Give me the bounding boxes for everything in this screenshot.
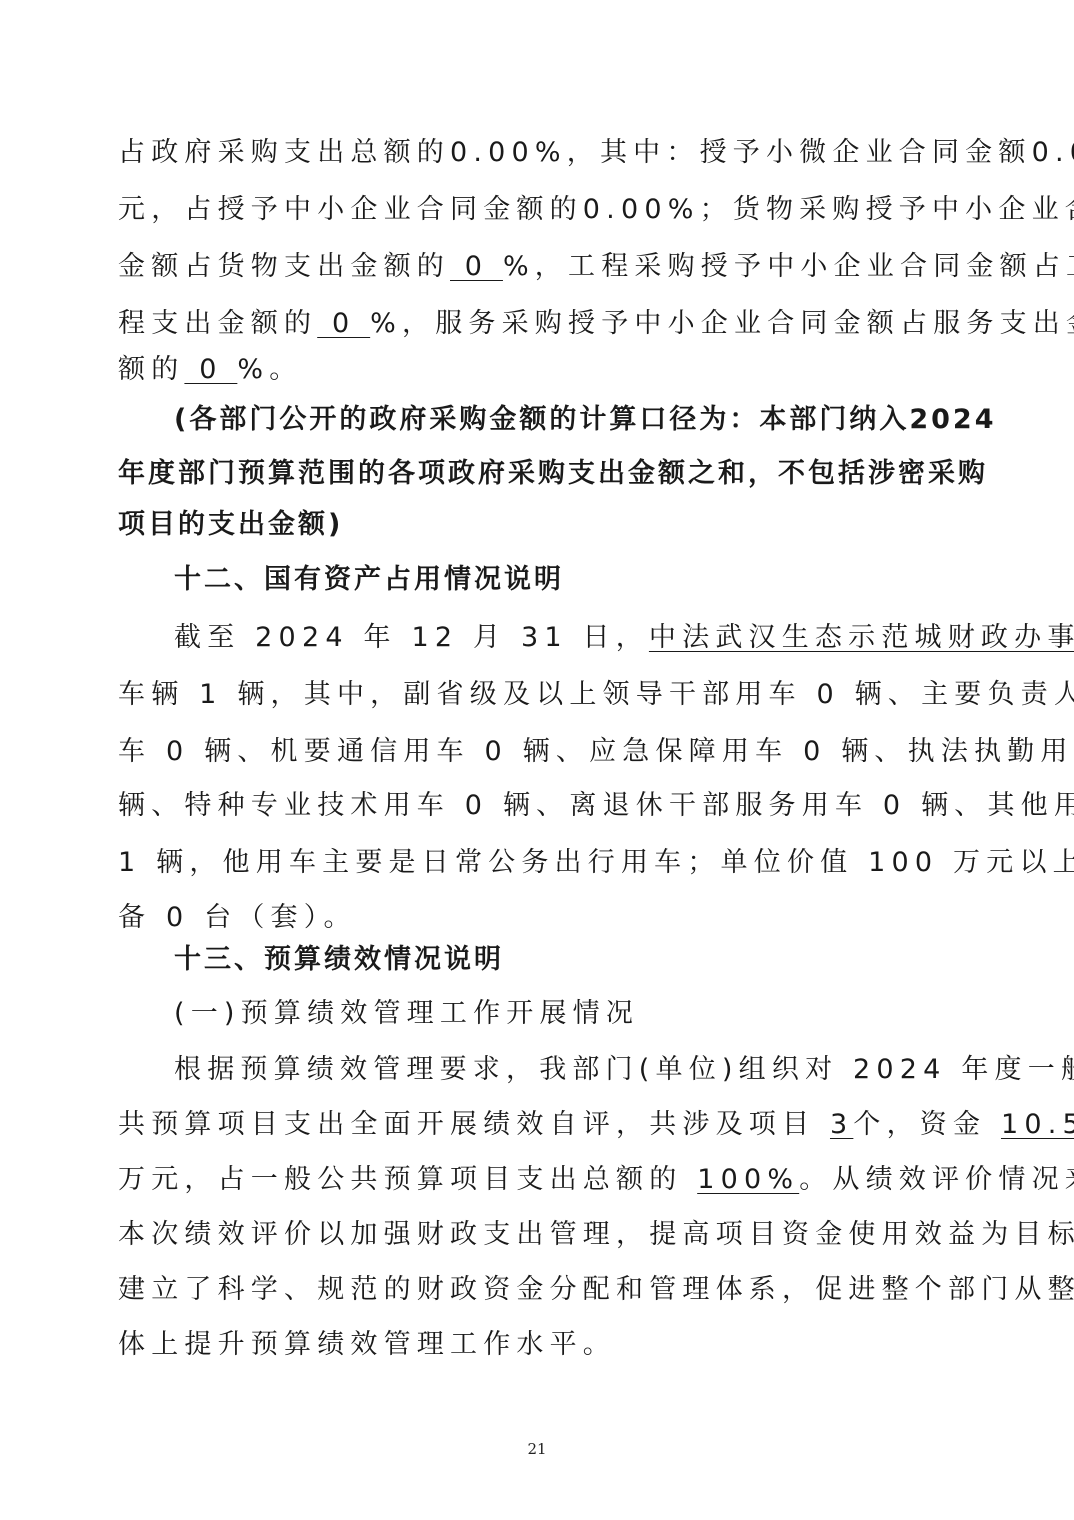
paragraph-line: 车 0 辆、机要通信用车 0 辆、应急保障用车 0 辆、执法执勤用车 0 bbox=[118, 732, 1074, 772]
fund-amount: 10.55 bbox=[1001, 1109, 1074, 1140]
paragraph-line: 体上提升预算绩效管理工作水平。 bbox=[118, 1325, 616, 1365]
section-heading: 十三、预算绩效情况说明 bbox=[174, 940, 504, 980]
section-heading: 十二、国有资产占用情况说明 bbox=[174, 560, 564, 600]
paragraph-line: 1 辆，他用车主要是日常公务出行用车；单位价值 100 万元以上设 bbox=[118, 843, 1074, 883]
paragraph-line: 本次绩效评价以加强财政支出管理，提高项目资金使用效益为目标， bbox=[118, 1215, 1074, 1255]
engineering-percent: 0 bbox=[317, 308, 370, 339]
percent-total: 100% bbox=[697, 1164, 799, 1195]
services-percent: 0 bbox=[184, 354, 237, 385]
text: 截至 2024 年 12 月 31 日， bbox=[174, 622, 649, 653]
paragraph-line: 万元，占一般公共预算项目支出总额的 100%。从绩效评价情况来看， bbox=[118, 1160, 1074, 1200]
paragraph-line: 建立了科学、规范的财政资金分配和管理体系，促进整个部门从整 bbox=[118, 1270, 1074, 1310]
text: 额的 bbox=[118, 354, 184, 385]
project-count: 3 bbox=[830, 1109, 853, 1140]
note-line: 项目的支出金额) bbox=[118, 505, 343, 545]
text: 程支出金额的 bbox=[118, 308, 317, 339]
text: 个，资金 bbox=[853, 1109, 1001, 1140]
paragraph-line: 根据预算绩效管理要求，我部门(单位)组织对 2024 年度一般公 bbox=[174, 1050, 1074, 1090]
text: %。 bbox=[237, 354, 302, 385]
subsection-heading: (一)预算绩效管理工作开展情况 bbox=[174, 994, 639, 1034]
paragraph-line: 共预算项目支出全面开展绩效自评，共涉及项目 3个，资金 10.55 bbox=[118, 1105, 1074, 1145]
paragraph-line: 元，占授予中小企业合同金额的0.00%；货物采购授予中小企业合同 bbox=[118, 190, 1074, 230]
paragraph-line: 程支出金额的 0 %，服务采购授予中小企业合同金额占服务支出金 bbox=[118, 304, 1074, 344]
paragraph-line: 占政府采购支出总额的0.00%，其中：授予小微企业合同金额0.00万 bbox=[118, 133, 1074, 173]
paragraph-line: 备 0 台（套）。 bbox=[118, 898, 357, 938]
text: %，工程采购授予中小企业合同金额占工 bbox=[503, 251, 1074, 282]
paragraph-line: 辆、特种专业技术用车 0 辆、离退休干部服务用车 0 辆、其他用车 bbox=[118, 786, 1074, 826]
text: 共预算项目支出全面开展绩效自评，共涉及项目 bbox=[118, 1109, 830, 1140]
paragraph-line: 车辆 1 辆，其中，副省级及以上领导干部用车 0 辆、主要负责人用 bbox=[118, 675, 1074, 715]
page-number: 21 bbox=[0, 1440, 1074, 1458]
text: %，服务采购授予中小企业合同金额占服务支出金 bbox=[370, 308, 1074, 339]
paragraph-line: 截至 2024 年 12 月 31 日，中法武汉生态示范城财政办事处共有 bbox=[174, 618, 1074, 658]
note-line: 年度部门预算范围的各项政府采购支出金额之和，不包括涉密采购 bbox=[118, 454, 988, 494]
note-line: (各部门公开的政府采购金额的计算口径为：本部门纳入2024 bbox=[174, 400, 997, 440]
goods-percent: 0 bbox=[450, 251, 503, 282]
organization-name: 中法武汉生态示范城财政办事处 bbox=[649, 622, 1074, 653]
paragraph-line: 金额占货物支出金额的 0 %，工程采购授予中小企业合同金额占工 bbox=[118, 247, 1074, 287]
text: 万元，占一般公共预算项目支出总额的 bbox=[118, 1164, 697, 1195]
text: 。从绩效评价情况来看， bbox=[799, 1164, 1074, 1195]
paragraph-line: 额的 0 %。 bbox=[118, 350, 302, 390]
text: 金额占货物支出金额的 bbox=[118, 251, 450, 282]
